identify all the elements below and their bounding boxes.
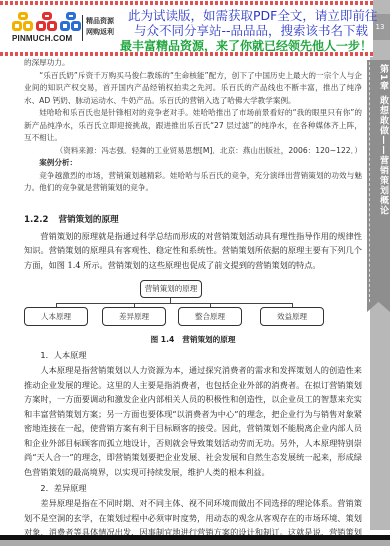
figure-title: 营销策划的原理 [182,335,235,344]
banner-border-top [0,1,373,5]
figure-caption: 图 1.4营销策划的原理 [24,334,362,345]
principle-heading: 1．人本原理 [24,350,362,361]
logo-pin-icon-yellow [12,12,34,32]
connector-line [56,303,292,304]
principle-heading: 2．差异原理 [24,483,362,494]
pinmuch-logo: PINMUCH.COM [12,12,82,46]
diagram-root-node: 营销策划的原理 [140,280,202,298]
page-content: 的深厚功力。 “乐百氏奶”斥资千万购买马俊仁教练的“生命核能”配方，创下了中国历… [24,57,362,546]
download-banner[interactable]: PINMUCH.COM 精品资源 网购返利 此为试读版，如需获取PDF全文，请立… [0,0,373,57]
section-heading: 1.2.2营销策划的原理 [24,213,362,225]
logo-pin-icon-red [36,12,58,32]
logo-text: PINMUCH.COM [12,34,82,43]
principles-diagram: 营销策划的原理 人本原理 差异原理 整合原理 效益原理 图 1.4营销策划的原理 [24,276,362,346]
case-source: （资料来源：冯志强．轻舞的工业贸易思想[M]．北京：燕山出版社，2006：120… [24,145,362,158]
section-number: 1.2.2 [24,215,48,225]
analysis-label: 案例分析： [24,157,362,170]
logo-icons [12,12,82,32]
case-paragraph: 娃哈哈和乐百氏也是针锋相对的竞争老对手。娃哈哈推出了市场前景看好的“我的眼里只有… [24,107,362,145]
logo-slogan: 精品资源 网购返利 [86,16,114,38]
case-intro-tail: 的深厚功力。 [24,57,362,70]
slogan-line-1: 精品资源 [86,16,114,27]
figure-number: 图 1.4 [151,335,175,344]
case-paragraph: “乐百氏奶”斥资千万购买马俊仁教练的“生命核能”配方，创下了中国历史上最大的一宗… [24,70,362,108]
diagram-node-integration: 整合原理 [178,307,242,326]
diagram-node-benefit: 效益原理 [260,307,324,326]
logo-pin-icon-blue [60,12,82,32]
section-intro: 营销策划的原理就是指通过科学总结而形成的对营销策划活动具有理性指导作用的规律性知… [24,229,362,273]
chapter-tab-label: 第1章 敢想敢做——营销策划概论 [370,64,388,215]
slogan-line-2: 网购返利 [86,27,114,38]
banner-border-bottom [0,52,373,56]
analysis-text: 竞争越激烈的市场，营销策划越精彩。娃哈哈与乐百氏的竞争，充分演绎出营销策划的功效… [24,170,362,195]
principle-text: 人本原理是指营销策划以人力资源为本，通过探究消费者的需求和发挥策划人的创造性来推… [24,363,362,479]
diagram-node-difference: 差异原理 [102,307,166,326]
next-page-edge [0,540,390,546]
diagram-node-people: 人本原理 [24,307,88,326]
logo-divider [82,15,83,41]
section-title: 营销策划的原理 [58,215,118,225]
